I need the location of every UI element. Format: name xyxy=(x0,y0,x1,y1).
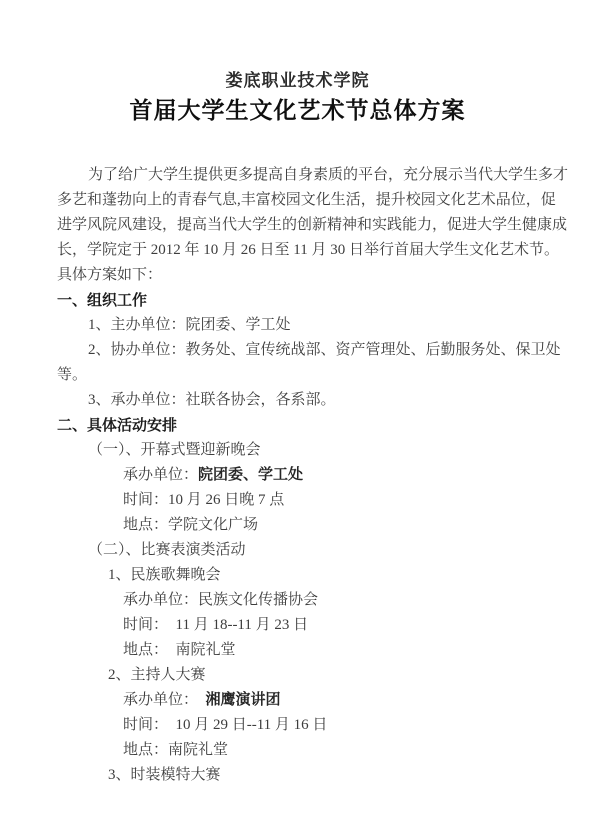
part1-organizer-line: 承办单位：院团委、学工处 xyxy=(57,463,538,488)
section1-item-2-line-1: 2、协办单位：教务处、宣传统战部、资产管理处、后勤服务处、保卫处 xyxy=(57,338,538,363)
event2-organizer-line: 承办单位： 湘鹰演讲团 xyxy=(57,688,538,713)
part2-heading: （二）、比赛表演类活动 xyxy=(57,538,538,563)
event2-time-line: 时间： 10 月 29 日--11 月 16 日 xyxy=(57,713,538,738)
section1-item-2-line-2: 等。 xyxy=(57,363,538,388)
intro-line-1: 为了给广大学生提供更多提高自身素质的平台，充分展示当代大学生多才 xyxy=(57,163,538,188)
part1-organizer-label: 承办单位： xyxy=(123,467,198,483)
doc-body: 为了给广大学生提供更多提高自身素质的平台，充分展示当代大学生多才 多艺和蓬勃向上… xyxy=(57,163,538,788)
intro-line-3: 进学风院风建设，提高当代大学生的创新精神和实践能力，促进大学生健康成 xyxy=(57,213,538,238)
section1-item-1: 1、主办单位：院团委、学工处 xyxy=(57,313,538,338)
part1-time-line: 时间：10 月 26 日晚 7 点 xyxy=(57,488,538,513)
doc-title: 娄底职业技术学院 xyxy=(57,68,538,94)
intro-line-4: 长，学院定于 2012 年 10 月 26 日至 11 月 30 日举行首届大学… xyxy=(57,238,538,263)
part1-place-line: 地点：学院文化广场 xyxy=(57,513,538,538)
event2-heading: 2、主持人大赛 xyxy=(57,663,538,688)
document-page: 娄底职业技术学院 首届大学生文化艺术节总体方案 为了给广大学生提供更多提高自身素… xyxy=(0,0,594,840)
event1-time-line: 时间： 11 月 18--11 月 23 日 xyxy=(57,613,538,638)
section2-heading: 二、具体活动安排 xyxy=(57,413,538,438)
doc-subtitle: 首届大学生文化艺术节总体方案 xyxy=(57,94,538,126)
event3-heading: 3、时装模特大赛 xyxy=(57,763,538,788)
part1-organizer-value: 院团委、学工处 xyxy=(198,467,303,483)
event2-organizer-label: 承办单位： xyxy=(123,692,206,708)
intro-line-2: 多艺和蓬勃向上的青春气息,丰富校园文化生活，提升校园文化艺术品位，促 xyxy=(57,188,538,213)
event1-organizer-line: 承办单位：民族文化传播协会 xyxy=(57,588,538,613)
event2-organizer-value: 湘鹰演讲团 xyxy=(206,692,281,708)
event1-heading: 1、民族歌舞晚会 xyxy=(57,563,538,588)
event2-place-line: 地点：南院礼堂 xyxy=(57,738,538,763)
section1-heading: 一、组织工作 xyxy=(57,288,538,313)
part1-heading: （一）、开幕式暨迎新晚会 xyxy=(57,438,538,463)
event1-place-line: 地点： 南院礼堂 xyxy=(57,638,538,663)
section1-item-3: 3、承办单位：社联各协会，各系部。 xyxy=(57,388,538,413)
intro-line-5: 具体方案如下： xyxy=(57,263,538,288)
